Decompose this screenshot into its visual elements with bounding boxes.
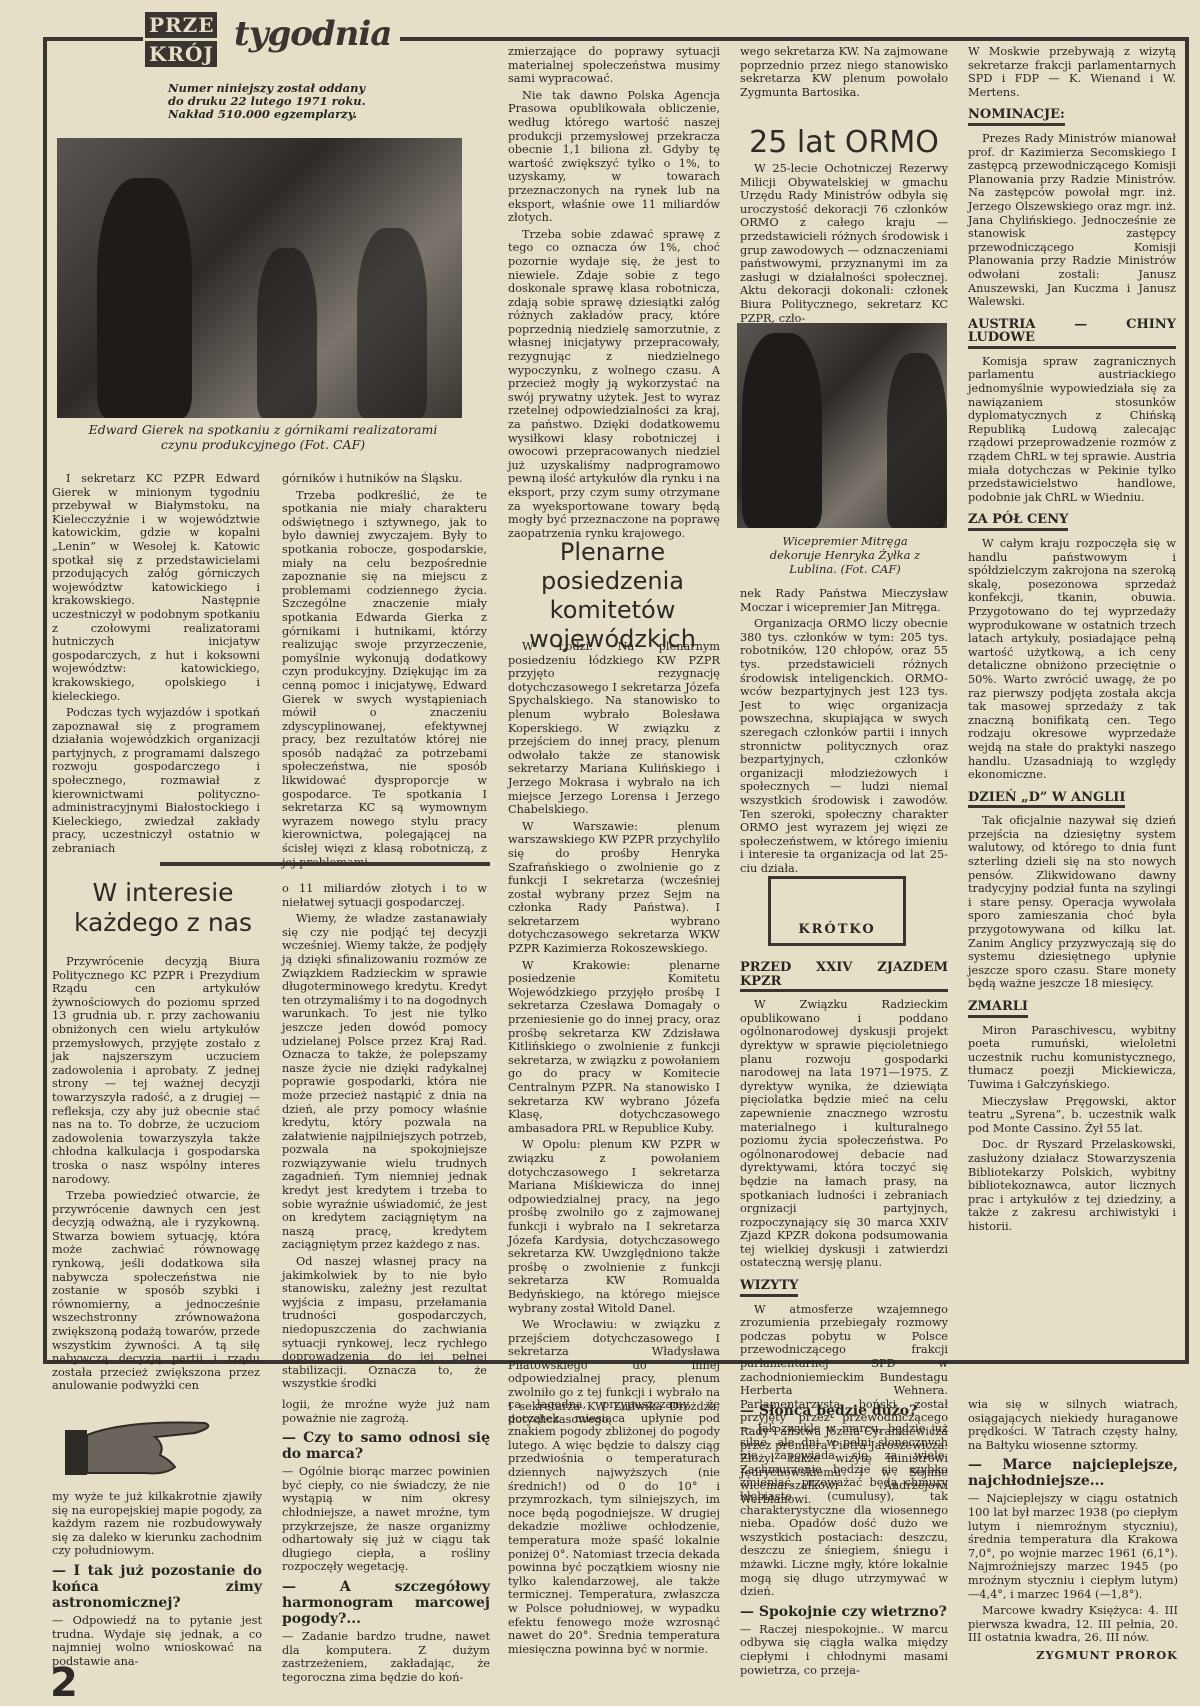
- obituary-entry: Doc. dr Ryszard Przelaskowski, zasłużony…: [968, 1138, 1176, 1233]
- paragraph: Tak oficjalnie nazywał się dzień przejśc…: [968, 814, 1176, 991]
- paragraph: górników i hutników na Śląsku.: [282, 472, 487, 486]
- photo-ormo-decoration: [737, 323, 947, 528]
- paragraph: W Moskwie przebywają z wizytą sekretarze…: [968, 45, 1176, 99]
- question: — Marce najcieplejsze, najchłodniejsze..…: [968, 1457, 1178, 1489]
- paragraph: Wiemy, że władze zastanawiały się czy ni…: [282, 912, 487, 1252]
- author-signature: ZYGMUNT PROROK: [968, 1649, 1178, 1663]
- paragraph: Od naszej własnej pracy na jakimkolwiek …: [282, 1255, 487, 1391]
- obituary-entry: Mieczysław Pręgowski, aktor teatru „Syre…: [968, 1095, 1176, 1136]
- answer: — Zadanie bardzo trudne, nawet dla kompu…: [282, 1630, 490, 1684]
- ormo-article-p1: W 25-lecie Ochotniczej Rezerwy Milicji O…: [740, 162, 948, 328]
- section-heading: ZMARLI: [968, 1000, 1028, 1018]
- section-heading: WIZYTY: [740, 1279, 798, 1297]
- section-heading: NOMINACJE:: [968, 108, 1065, 126]
- paragraph: ca łagodna, przypuszczamy, że początek m…: [508, 1398, 720, 1656]
- question: — Czy to samo odnosi się do marca?: [282, 1430, 490, 1462]
- plenarne-article: W Łodzi: Na plenarnym posiedzeniu łódzki…: [508, 640, 720, 1430]
- pointing-hand-icon: [65, 1415, 215, 1490]
- question: — I tak już pozostanie do końca zimy ast…: [52, 1563, 262, 1611]
- plenarne-continued: wego sekretarza KW. Na zajmowane poprzed…: [740, 45, 948, 102]
- logo-line-1: PRZE: [145, 12, 217, 38]
- paragraph: W Związku Radzieckim opublikowano i podd…: [740, 998, 948, 1270]
- paragraph: Podczas tych wyjazdów i spotkań zapoznaw…: [52, 706, 260, 856]
- weather-col5: wia się w silnych wiatrach, osiągających…: [968, 1398, 1178, 1663]
- section-heading: ZA PÓŁ CENY: [968, 513, 1068, 531]
- paragraph: Trzeba powiedzieć otwarcie, że przywróce…: [52, 1189, 260, 1393]
- paragraph: wego sekretarza KW. Na zajmowane poprzed…: [740, 45, 948, 99]
- paragraph: Nie tak dawno Polska Agencja Prasowa opu…: [508, 89, 720, 225]
- question: — A szczegółowy harmonogram marcowej pog…: [282, 1579, 490, 1627]
- question: — Spokojnie czy wietrzno?: [740, 1604, 948, 1620]
- paragraph: I sekretarz KC PZPR Edward Gierek w mini…: [52, 472, 260, 703]
- paragraph: Trzeba sobie zdawać sprawę z tego co ozn…: [508, 228, 720, 541]
- photo-gierek-meeting: [57, 138, 462, 418]
- answer: — Ogólnie biorąc marzec powinien być cie…: [282, 1465, 490, 1574]
- weather-col4: — Słońca będzie dużo? — Jak zwykle w mar…: [740, 1398, 948, 1680]
- answer: — Jak zwykle w marcu, będzie już silne, …: [740, 1422, 948, 1599]
- interes-article-col1: Przywrócenie decyzją Biura Politycznego …: [52, 955, 260, 1396]
- obituary-entry: Miron Paraschivescu, wybitny poeta rumuń…: [968, 1024, 1176, 1092]
- interes-article-col2: o 11 miliardów złotych i to w niełatwej …: [282, 882, 487, 1394]
- krotko-col5: W Moskwie przebywają z wizytą sekretarze…: [968, 45, 1176, 1237]
- paragraph: W całym kraju rozpoczęła się w handlu pa…: [968, 537, 1176, 782]
- gierek-article-col1: I sekretarz KC PZPR Edward Gierek w mini…: [52, 472, 260, 859]
- gierek-article-col3: zmierzające do poprawy sytuacji material…: [508, 45, 720, 543]
- section-heading: PRZED XXIV ZJAZDEM KPZR: [740, 961, 948, 992]
- paragraph: my wyże te już kilkakrotnie zjawiły się …: [52, 1490, 262, 1558]
- paragraph: Organizacja ORMO liczy obecnie 380 tys. …: [740, 617, 948, 875]
- krotko-box: KRÓTKO: [768, 876, 906, 946]
- paragraph: Przywrócenie decyzją Biura Politycznego …: [52, 955, 260, 1186]
- question: — Słońca będzie dużo?: [740, 1403, 948, 1419]
- section-heading: AUSTRIA — CHINY LUDOWE: [968, 318, 1176, 349]
- page-number: 2: [50, 1660, 78, 1706]
- paragraph: o 11 miliardów złotych i to w niełatwej …: [282, 882, 487, 909]
- paragraph: Komisja spraw zagranicznych parlamentu a…: [968, 355, 1176, 505]
- paragraph: Marcowe kwadry Księżyca: 4. III pierwsza…: [968, 1604, 1178, 1645]
- paragraph: W Opolu: plenum KW PZPR w związku z powo…: [508, 1138, 720, 1315]
- ormo-headline: 25 lat ORMO: [740, 126, 948, 160]
- section-divider: [160, 862, 490, 866]
- paragraph: Trzeba podkreślić, że te spotkania nie m…: [282, 489, 487, 870]
- weather-col1: my wyże te już kilkakrotnie zjawiły się …: [52, 1490, 262, 1671]
- paragraph: nek Rady Państwa Mieczysław Moczar i wic…: [740, 587, 948, 614]
- answer: — Raczej niespokojnie.. W marcu odbywa s…: [740, 1623, 948, 1677]
- print-notice: Numer niniejszy został oddany do druku 2…: [168, 82, 378, 121]
- photo-gierek-caption: Edward Gierek na spotkaniu z górnikami r…: [88, 422, 438, 452]
- paragraph: W 25-lecie Ochotniczej Rezerwy Milicji O…: [740, 162, 948, 325]
- photo-ormo-caption: Wicepremier Mitręga dekoruje Henryka Żył…: [760, 534, 930, 576]
- answer: — Odpowiedź na to pytanie jest trudna. W…: [52, 1614, 262, 1668]
- answer: — Najcieplejszy w ciągu ostatnich 100 la…: [968, 1492, 1178, 1601]
- paragraph: Prezes Rady Ministrów mianował prof. dr …: [968, 132, 1176, 309]
- krotko-label: KRÓTKO: [771, 922, 903, 937]
- section-heading: DZIEŃ „D” W ANGLII: [968, 791, 1125, 809]
- weather-col3: ca łagodna, przypuszczamy, że początek m…: [508, 1398, 720, 1659]
- paragraph: W Łodzi: Na plenarnym posiedzeniu łódzki…: [508, 640, 720, 817]
- paragraph: zmierzające do poprawy sytuacji material…: [508, 45, 720, 86]
- paragraph: wia się w silnych wiatrach, osiągających…: [968, 1398, 1178, 1452]
- weather-col2: logii, że mroźne wyże już nam poważnie n…: [282, 1398, 490, 1687]
- ormo-article-rest: nek Rady Państwa Mieczysław Moczar i wic…: [740, 587, 948, 878]
- plenarne-headline: Plenarne posiedzenia komitetów wojewódzk…: [505, 538, 720, 654]
- gierek-article-col2: górników i hutników na Śląsku. Trzeba po…: [282, 472, 487, 872]
- paragraph: logii, że mroźne wyże już nam poważnie n…: [282, 1398, 490, 1425]
- paragraph: W Warszawie: plenum warszawskiego KW PZP…: [508, 820, 720, 956]
- interes-headline: W interesie każdego z nas: [58, 878, 268, 938]
- paragraph: W Krakowie: plenarne posiedzenie Komitet…: [508, 959, 720, 1136]
